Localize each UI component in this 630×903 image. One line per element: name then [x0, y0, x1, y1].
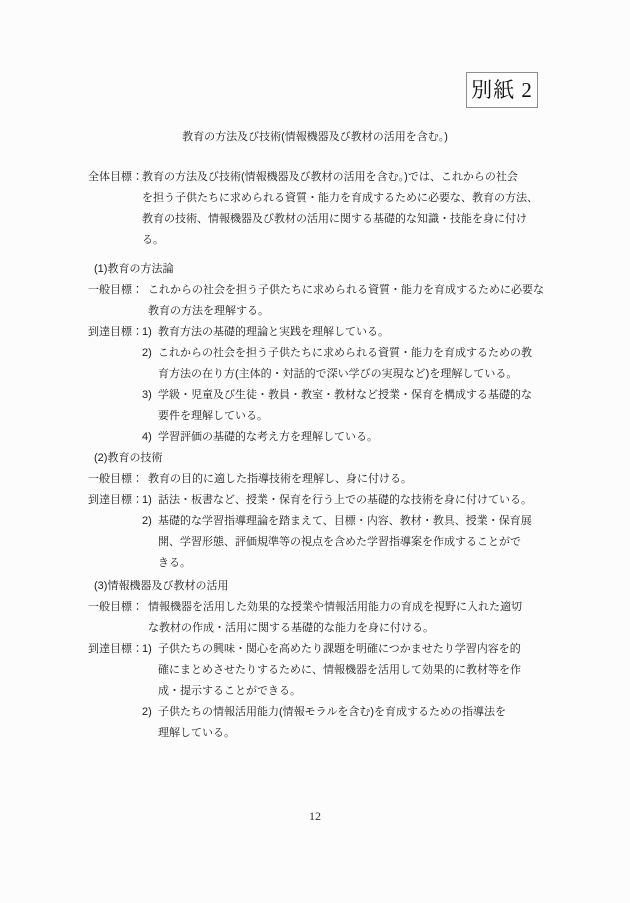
item-text: 学級・児童及び生徒・教員・教室・教材など授業・保育を構成する基礎的な 要件を理解… [158, 385, 532, 427]
numbered-item: 1) 教育方法の基礎的理論と実践を理解している。 [142, 322, 532, 343]
attachment-label-box: 別紙 2 [466, 72, 538, 108]
text-line: 開、学習形態、評価規準等の視点を含めた学習指導案を作成することがで [158, 532, 532, 553]
document-page: 別紙 2 教育の方法及び技術(情報機器及び教材の活用を含む。) 全体目標： 教育… [0, 0, 630, 903]
item-number: 1) [142, 322, 158, 343]
text-line: 教育の方法及び技術(情報機器及び教材の活用を含む。)では、これからの社会 [142, 167, 538, 188]
item-number: 3) [142, 385, 158, 406]
item-number: 2) [142, 702, 158, 723]
numbered-item: 2) 子供たちの情報活用能力(情報モラルを含む)を育成するための指導法を 理解し… [142, 702, 521, 744]
item-number: 2) [142, 511, 158, 532]
overall-goal-block: 全体目標： 教育の方法及び技術(情報機器及び教材の活用を含む。)では、これからの… [88, 167, 588, 251]
item-text: 基礎的な学習指導理論を踏まえて、目標・内容、教材・教具、授業・保育展 開、学習形… [158, 511, 532, 574]
attainment-goal-label: 到達目標： [88, 490, 142, 511]
numbered-item: 2) これからの社会を担う子供たちに求められる資質・能力を育成するための教 育方… [142, 343, 532, 385]
section-heading: (2)教育の技術 [88, 448, 588, 469]
attainment-goal-row: 到達目標： 1) 話法・板書など、授業・保育を行う上での基礎的な技術を身に付けて… [88, 490, 588, 574]
attainment-goal-row: 到達目標： 1) 教育方法の基礎的理論と実践を理解している。 2) これからの社… [88, 322, 588, 448]
general-goal-label: 一般目標： [88, 280, 142, 301]
section-ict-and-materials: (3)情報機器及び教材の活用 一般目標： 情報機器を活用した効果的な授業や情報活… [88, 576, 588, 744]
text-line: な教材の作成・活用に関する基礎的な能力を身に付ける。 [148, 618, 522, 639]
numbered-item: 3) 学級・児童及び生徒・教員・教室・教材など授業・保育を構成する基礎的な 要件… [142, 385, 532, 427]
item-text: 子供たちの情報活用能力(情報モラルを含む)を育成するための指導法を 理解している… [158, 702, 506, 744]
item-text: 話法・板書など、授業・保育を行う上での基礎的な技術を身に付けている。 [158, 490, 532, 511]
text-line: 成・提示することができる。 [158, 681, 521, 702]
overall-goal-content: 教育の方法及び技術(情報機器及び教材の活用を含む。)では、これからの社会 を担う… [142, 167, 538, 251]
text-line: 学習評価の基礎的な考え方を理解している。 [158, 427, 378, 448]
text-line: 教育の技術、情報機器及び教材の活用に関する基礎的な知識・技能を身に付け [142, 209, 538, 230]
attainment-goal-label: 到達目標： [88, 322, 142, 343]
text-line: 子供たちの情報活用能力(情報モラルを含む)を育成するための指導法を [158, 702, 506, 723]
attainment-goal-row: 到達目標： 1) 子供たちの興味・関心を高めたり課題を明確につかませたり学習内容… [88, 639, 588, 744]
section-heading: (3)情報機器及び教材の活用 [88, 576, 588, 597]
item-text: 教育方法の基礎的理論と実践を理解している。 [158, 322, 389, 343]
item-number: 1) [142, 490, 158, 511]
numbered-item: 4) 学習評価の基礎的な考え方を理解している。 [142, 427, 532, 448]
section-education-technique: (2)教育の技術 一般目標： 教育の目的に適した指導技術を理解し、身に付ける。 … [88, 448, 588, 574]
item-text: 学習評価の基礎的な考え方を理解している。 [158, 427, 378, 448]
attainment-goal-content: 1) 話法・板書など、授業・保育を行う上での基礎的な技術を身に付けている。 2)… [142, 490, 532, 574]
text-line: る。 [142, 230, 538, 251]
item-number: 2) [142, 343, 158, 364]
document-title: 教育の方法及び技術(情報機器及び教材の活用を含む。) [0, 127, 630, 148]
text-line: 理解している。 [158, 723, 506, 744]
text-line: を担う子供たちに求められる資質・能力を育成するために必要な、教育の方法、 [142, 188, 538, 209]
text-line: 教育の方法を理解する。 [148, 301, 544, 322]
section-heading: (1)教育の方法論 [88, 259, 588, 280]
item-text: 子供たちの興味・関心を高めたり課題を明確につかませたり学習内容を的 確にまとめさ… [158, 639, 521, 702]
item-number: 4) [142, 427, 158, 448]
numbered-item: 1) 子供たちの興味・関心を高めたり課題を明確につかませたり学習内容を的 確にま… [142, 639, 521, 702]
attainment-goal-content: 1) 教育方法の基礎的理論と実践を理解している。 2) これからの社会を担う子供… [142, 322, 532, 448]
overall-goal-row: 全体目標： 教育の方法及び技術(情報機器及び教材の活用を含む。)では、これからの… [88, 167, 588, 251]
text-line: きる。 [158, 553, 532, 574]
general-goal-label: 一般目標： [88, 597, 142, 618]
text-line: これからの社会を担う子供たちに求められる資質・能力を育成するために必要な [148, 280, 544, 301]
text-line: 要件を理解している。 [158, 406, 532, 427]
text-line: 子供たちの興味・関心を高めたり課題を明確につかませたり学習内容を的 [158, 639, 521, 660]
text-line: 情報機器を活用した効果的な授業や情報活用能力の育成を視野に入れた適切 [148, 597, 522, 618]
page-number: 12 [0, 806, 630, 827]
text-line: 話法・板書など、授業・保育を行う上での基礎的な技術を身に付けている。 [158, 490, 532, 511]
text-line: 基礎的な学習指導理論を踏まえて、目標・内容、教材・教具、授業・保育展 [158, 511, 532, 532]
general-goal-content: これからの社会を担う子供たちに求められる資質・能力を育成するために必要な 教育の… [142, 280, 544, 322]
general-goal-row: 一般目標： これからの社会を担う子供たちに求められる資質・能力を育成するために必… [88, 280, 588, 322]
text-line: 教育方法の基礎的理論と実践を理解している。 [158, 322, 389, 343]
numbered-item: 2) 基礎的な学習指導理論を踏まえて、目標・内容、教材・教具、授業・保育展 開、… [142, 511, 532, 574]
text-line: 教育の目的に適した指導技術を理解し、身に付ける。 [148, 469, 412, 490]
attainment-goal-content: 1) 子供たちの興味・関心を高めたり課題を明確につかませたり学習内容を的 確にま… [142, 639, 521, 744]
attachment-label: 別紙 2 [471, 80, 533, 101]
numbered-item: 1) 話法・板書など、授業・保育を行う上での基礎的な技術を身に付けている。 [142, 490, 532, 511]
text-line: 学級・児童及び生徒・教員・教室・教材など授業・保育を構成する基礎的な [158, 385, 532, 406]
item-text: これからの社会を担う子供たちに求められる資質・能力を育成するための教 育方法の在… [158, 343, 532, 385]
text-line: これからの社会を担う子供たちに求められる資質・能力を育成するための教 [158, 343, 532, 364]
attainment-goal-label: 到達目標： [88, 639, 142, 660]
general-goal-content: 情報機器を活用した効果的な授業や情報活用能力の育成を視野に入れた適切 な教材の作… [142, 597, 522, 639]
section-education-methodology: (1)教育の方法論 一般目標： これからの社会を担う子供たちに求められる資質・能… [88, 259, 588, 448]
overall-goal-label: 全体目標： [88, 167, 142, 188]
general-goal-label: 一般目標： [88, 469, 142, 490]
general-goal-content: 教育の目的に適した指導技術を理解し、身に付ける。 [142, 469, 412, 490]
general-goal-row: 一般目標： 情報機器を活用した効果的な授業や情報活用能力の育成を視野に入れた適切… [88, 597, 588, 639]
text-line: 確にまとめさせたりするために、情報機器を活用して効果的に教材等を作 [158, 660, 521, 681]
text-line: 育方法の在り方(主体的・対話的で深い学びの実現など)を理解している。 [158, 364, 532, 385]
item-number: 1) [142, 639, 158, 660]
general-goal-row: 一般目標： 教育の目的に適した指導技術を理解し、身に付ける。 [88, 469, 588, 490]
